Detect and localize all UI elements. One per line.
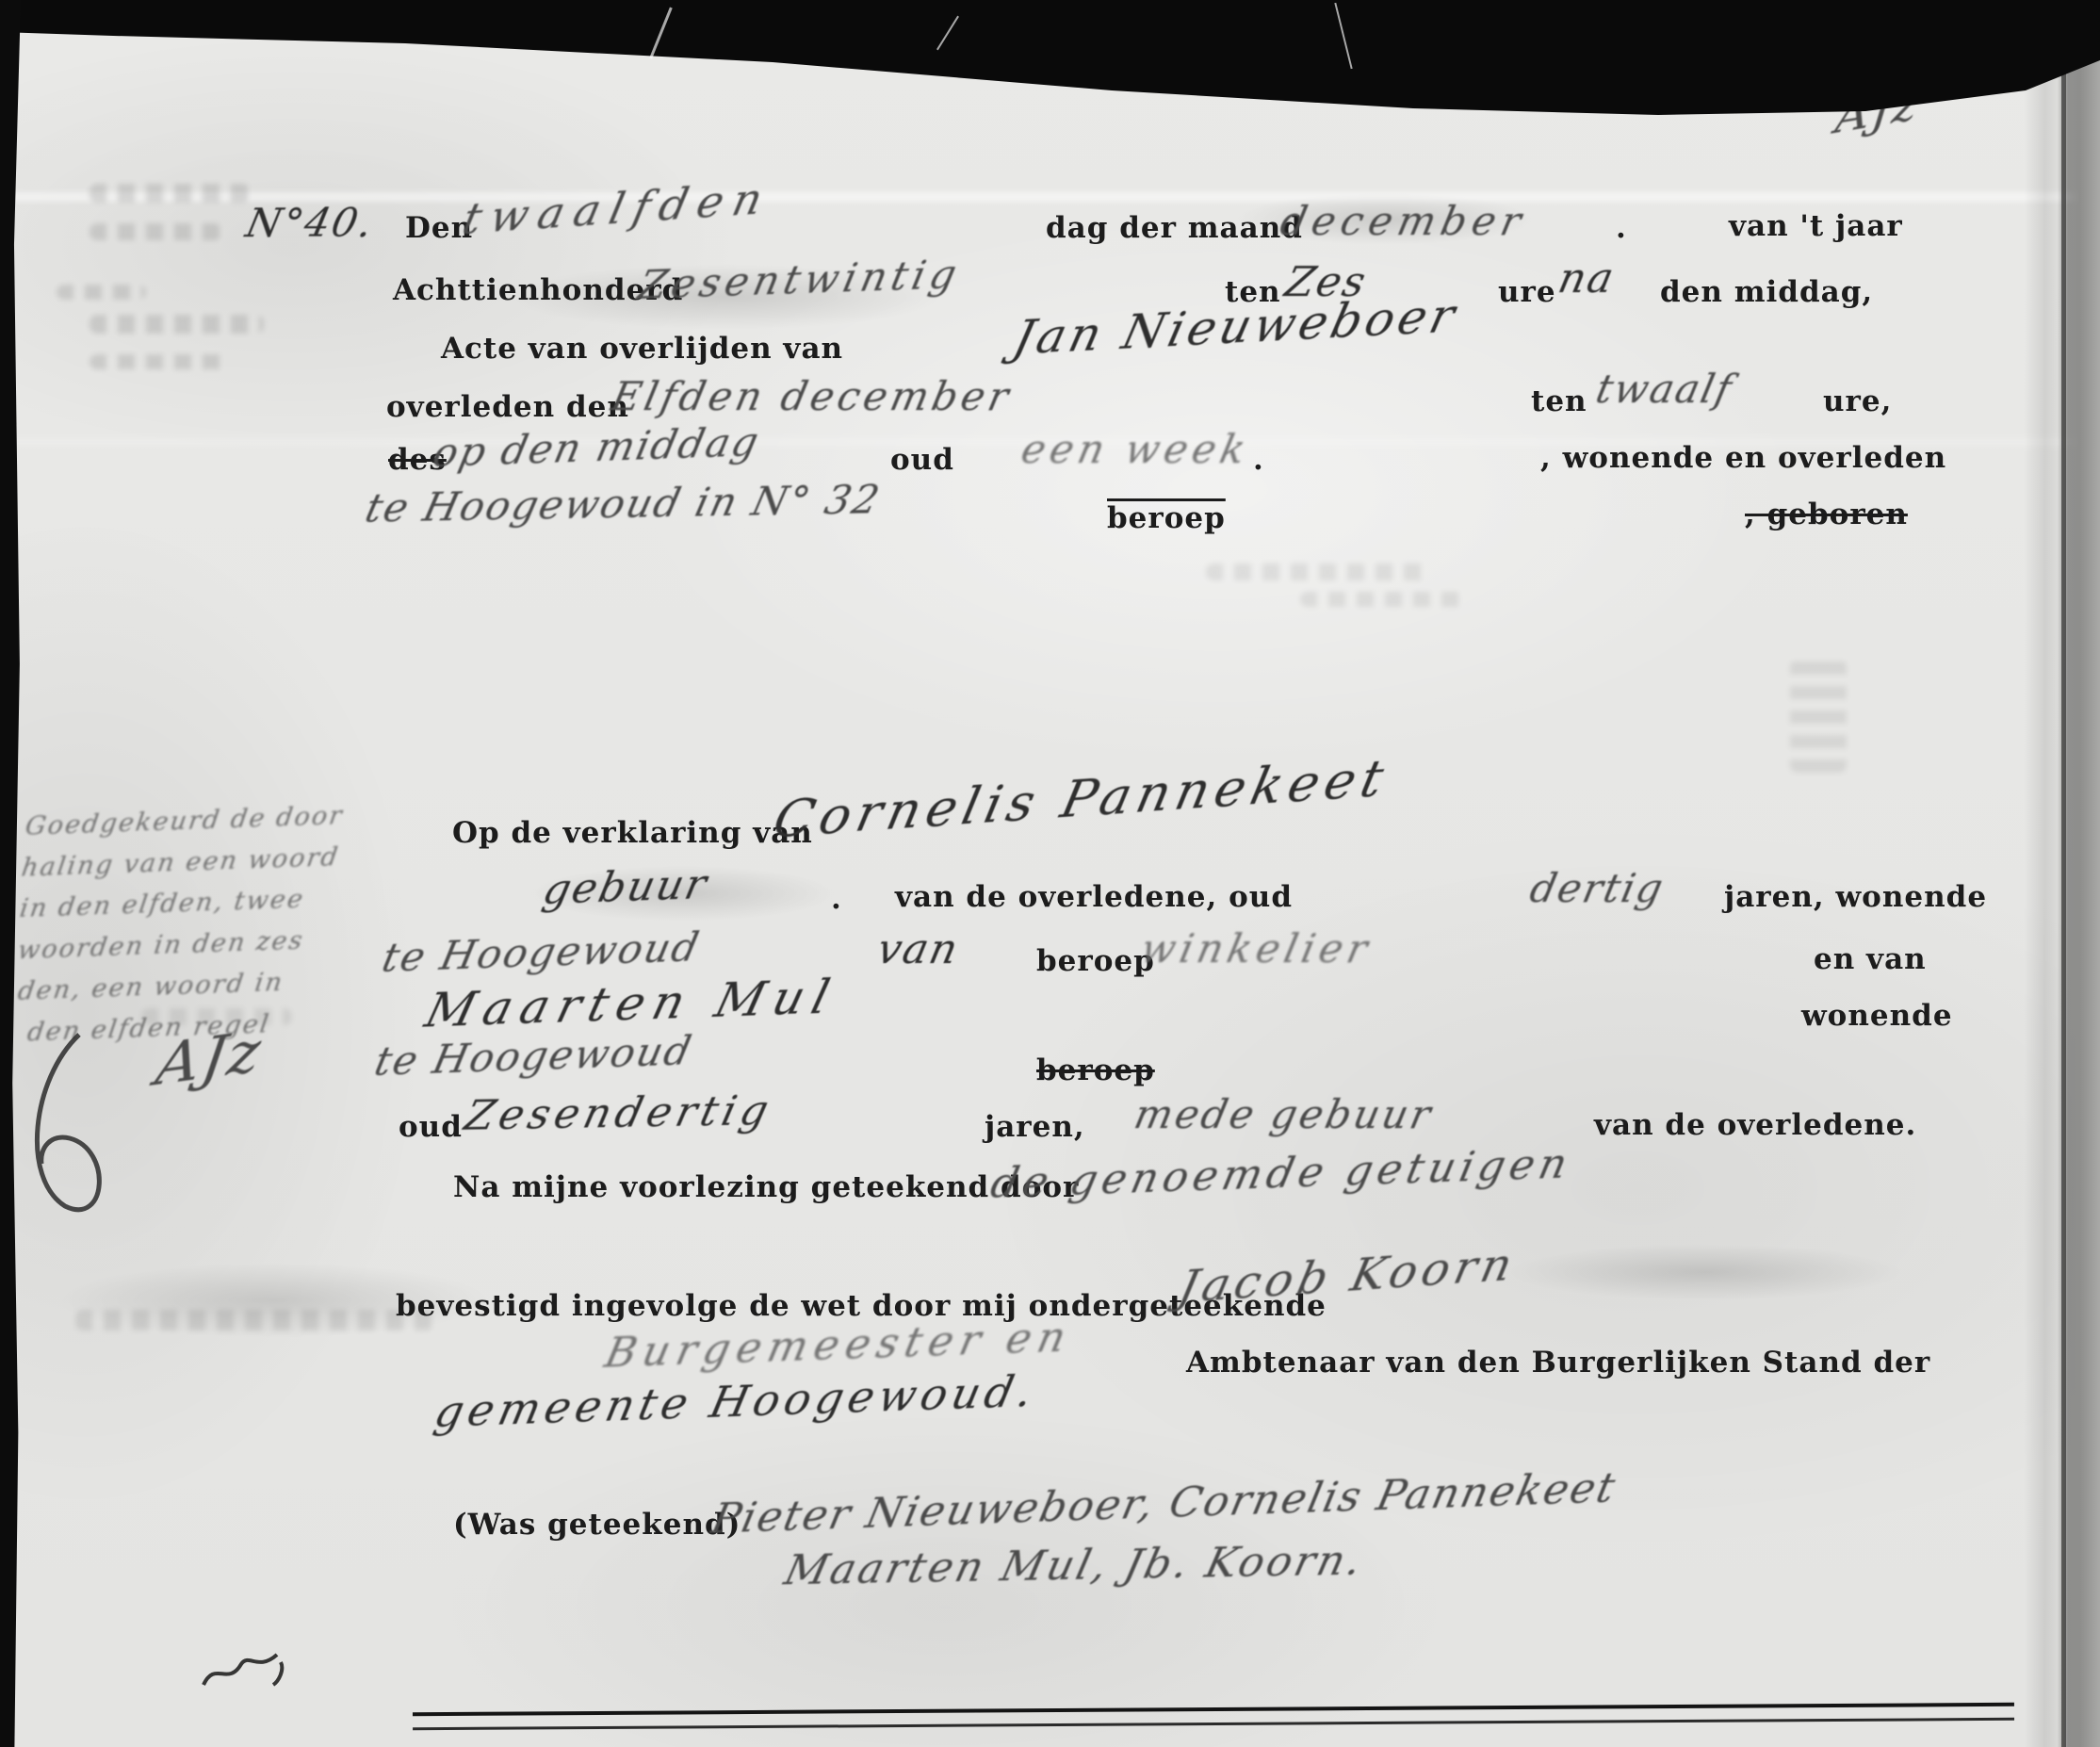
entry-deceased-name: Jan Nieuweboer	[1008, 288, 1463, 366]
label-van-t-jaar: van 't jaar	[1729, 209, 1903, 243]
label-en-van: en van	[1814, 942, 1927, 976]
entry-death-hour: twaalf	[1592, 366, 1737, 412]
label-ure: ure	[1498, 275, 1556, 309]
entry-witness1-name: Cornelis Pannekeet	[769, 748, 1395, 849]
label-jaren: jaren,	[985, 1110, 1085, 1144]
entry-age: een week	[1017, 426, 1255, 472]
death-certificate-scan: 10e BLAD AJz N°40. Den twaalfden dag der…	[0, 0, 2100, 1747]
entry-witness2-relation: mede gebuur	[1131, 1091, 1438, 1137]
label-ten2: ten	[1531, 384, 1587, 418]
label-oud: oud	[890, 443, 954, 477]
label-acte-van-overlijden: Acte van overlijden van	[441, 332, 843, 366]
margin-note-line: den, een woord in	[16, 968, 285, 1006]
bleedthrough-text	[1790, 660, 1847, 773]
label-op-de-verklaring: Op de verklaring van	[452, 816, 813, 850]
label-voorlezing: Na mijne voorlezing geteekend door	[453, 1170, 1079, 1204]
label-dag-der-maand: dag der maand	[1046, 211, 1303, 245]
label-wonende-overleden: , wonende en overleden	[1540, 441, 1946, 475]
entry-death-date: Elfden december	[608, 373, 1017, 419]
label-ambtenaar: Ambtenaar van den Burgerlijken Stand der	[1186, 1346, 1930, 1380]
ink-smudge	[1507, 1244, 1903, 1300]
bleedthrough-text	[57, 285, 146, 300]
label-oud2: oud	[399, 1110, 463, 1144]
entry-witness1-residence: te Hoogewoud	[378, 923, 704, 981]
bleedthrough-text	[75, 1310, 433, 1331]
entry-witness1-age: dertig	[1526, 865, 1669, 911]
label-was-geteekend: (Was geteekend)	[453, 1508, 741, 1542]
label-geboren-struck: , geboren	[1745, 498, 1908, 531]
entry-witness2-name: Maarten Mul	[420, 969, 844, 1037]
entry-witness1-relation: gebuur	[539, 860, 712, 914]
label-jaren-wonende: jaren, wonende	[1724, 880, 1987, 914]
bleedthrough-text	[90, 223, 221, 240]
margin-note-line: in den elfden, twee	[18, 885, 306, 923]
page-left-edge	[0, 0, 21, 1747]
entry-residence: te Hoogewoud in N° 32	[361, 476, 886, 531]
margin-note-line: woorden in den zes	[16, 926, 306, 966]
entry-witness2-age: Zesendertig	[460, 1086, 777, 1140]
label-beroep2-struck: beroep	[1036, 1053, 1155, 1087]
entry-na: na	[1555, 254, 1620, 302]
label-ure2: ure,	[1823, 384, 1892, 418]
entry-gemeente: gemeente Hoogewoud.	[431, 1365, 1042, 1437]
entry-signatures-line1: Pieter Nieuweboer, Cornelis Pannekeet	[708, 1463, 1621, 1543]
label-van-de-overledene: van de overledene.	[1594, 1108, 1916, 1142]
bottom-double-rule	[413, 1703, 2014, 1730]
entry-month: december	[1277, 198, 1531, 244]
margin-note-line: haling van een woord	[20, 842, 341, 883]
label-beroep: beroep	[1036, 944, 1155, 978]
margin-paraph-flourish	[13, 1027, 155, 1225]
label-beroep-struck: beroep	[1107, 501, 1226, 535]
entry-official-name: Jacob Koorn	[1174, 1238, 1522, 1314]
margin-paraph: AJz	[152, 1017, 267, 1099]
entry-signatures-line2: Maarten Mul, Jb. Koorn.	[780, 1537, 1369, 1595]
bleedthrough-text	[90, 354, 231, 369]
act-number: N°40.	[242, 200, 379, 246]
bleedthrough-text	[1300, 592, 1470, 607]
label-wonende: wonende	[1801, 999, 1953, 1033]
page-edge-line	[2061, 0, 2066, 1747]
margin-note-line: Goedgekeurd de door	[24, 801, 346, 841]
label-period3: .	[831, 882, 842, 916]
bottom-ink-squiggle	[198, 1641, 301, 1698]
entry-getuigen: de genoemde getuigen	[986, 1139, 1576, 1207]
label-den-middag: den middag,	[1660, 275, 1873, 309]
label-overleden-den: overleden den	[386, 390, 629, 424]
label-period2: .	[1253, 443, 1264, 477]
torn-top-edge	[0, 0, 2100, 132]
entry-van: van	[873, 925, 964, 973]
label-van-de-overledene-oud: van de overledene, oud	[895, 880, 1293, 914]
entry-day: twaalfden	[458, 172, 776, 244]
bleedthrough-text	[90, 184, 250, 203]
entry-witness1-occupation: winkelier	[1137, 925, 1376, 971]
bleedthrough-text	[1206, 563, 1432, 580]
bleedthrough-text	[90, 315, 264, 334]
entry-time-of-day: op den middag	[429, 418, 764, 476]
label-period: .	[1616, 211, 1627, 245]
